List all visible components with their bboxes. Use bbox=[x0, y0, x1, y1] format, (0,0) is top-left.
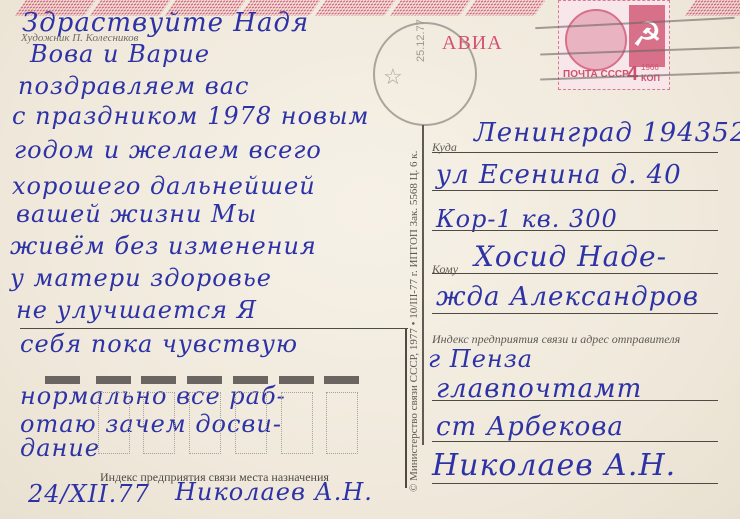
message-line: дание bbox=[20, 434, 100, 462]
message-line: живём без изменения bbox=[10, 232, 317, 260]
sender-line: г Пенза bbox=[428, 345, 533, 373]
publisher-imprint: © Министерство связи СССР, 1977 • 10/III… bbox=[408, 151, 420, 492]
recipient-line: жда Александров bbox=[436, 282, 699, 312]
sender-line: ст Арбекова bbox=[436, 412, 624, 442]
address-line: Ленинград 194352 bbox=[474, 118, 740, 148]
postcard-back: Художник П. Колесников Здраствуйте Надя … bbox=[0, 0, 740, 519]
message-line: Вова и Варие bbox=[30, 40, 210, 68]
message-line: у матери здоровье bbox=[10, 264, 272, 292]
star-icon: ☆ bbox=[383, 64, 403, 90]
airmail-label: АВИА bbox=[442, 32, 503, 55]
hammer-sickle-icon: ☭ bbox=[629, 5, 665, 67]
message-line: хорошего дальнейшей bbox=[12, 172, 316, 200]
message-line: с праздником 1978 новым bbox=[12, 102, 369, 130]
address-line: ул Есенина д. 40 bbox=[436, 160, 682, 190]
recipient-line: Хосид Наде- bbox=[474, 240, 667, 273]
index-box-border bbox=[405, 328, 407, 488]
sender-line: Николаев А.Н. bbox=[432, 448, 676, 483]
message-line: себя пока чувствую bbox=[20, 330, 298, 358]
message-line: не улучшается Я bbox=[16, 296, 257, 324]
stamp-year: 1966 bbox=[641, 63, 659, 72]
ussr-emblem-icon bbox=[565, 9, 627, 71]
message-line: вашей жизни Мы bbox=[16, 200, 257, 228]
message-line: поздравляем вас bbox=[18, 72, 249, 100]
message-line: годом и желаем всего bbox=[14, 136, 322, 164]
index-box-border bbox=[20, 328, 408, 329]
index-caption: Индекс предприятия связи места назначени… bbox=[100, 470, 329, 485]
vertical-divider bbox=[422, 125, 424, 445]
message-line: Здраствуйте Надя bbox=[22, 8, 309, 38]
address-line: Кор-1 кв. 300 bbox=[436, 205, 618, 233]
postmark-date: 25.12.77 bbox=[415, 19, 427, 62]
recipient-label: Кому bbox=[432, 262, 458, 277]
